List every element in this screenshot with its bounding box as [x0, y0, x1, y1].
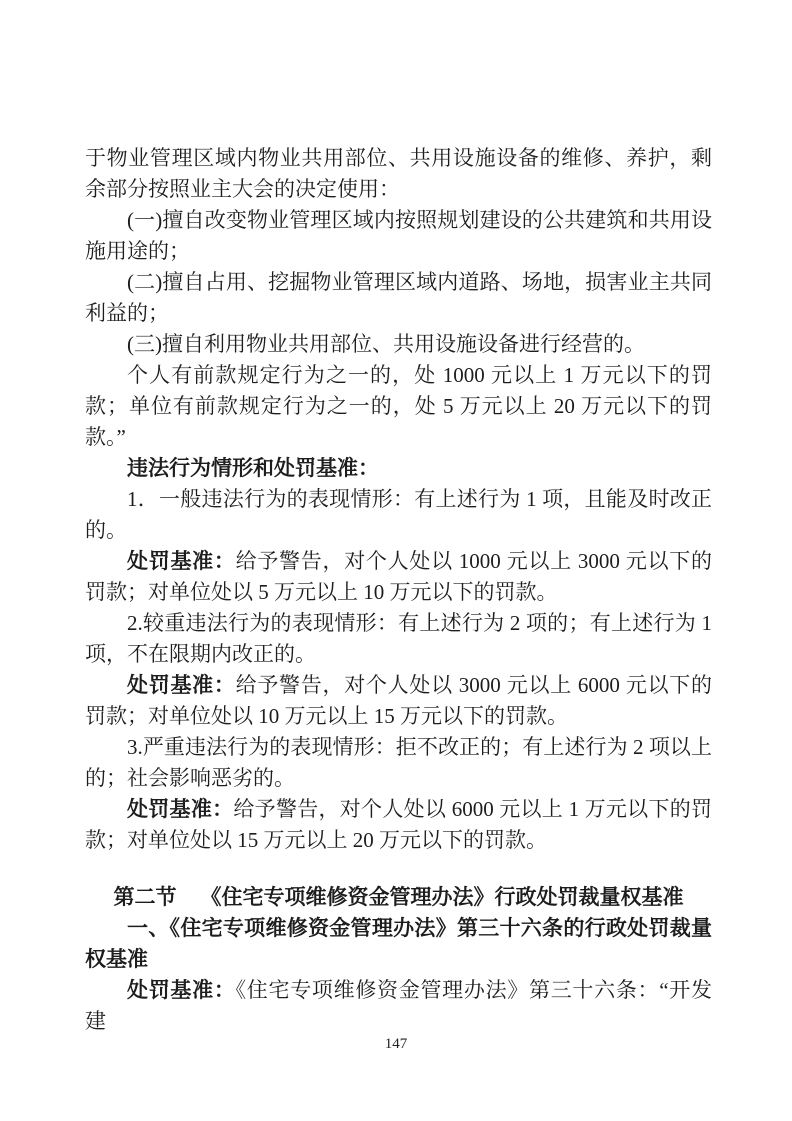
penalty-basis-label: 处罚基准： [127, 549, 236, 573]
list-item-2: (二)擅自占用、挖掘物业管理区域内道路、场地，损害业主共同利益的； [85, 267, 712, 329]
violation-level-2-paragraph: 2.较重违法行为的表现情形：有上述行为 2 项的；有上述行为 1 项，不在限期内… [85, 608, 712, 670]
document-content: 于物业管理区域内物业共用部位、共用设施设备的维修、养护，剩余部分按照业主大会的决… [85, 143, 712, 1037]
section-2-heading: 第二节《住宅专项维修资金管理办法》行政处罚裁量权基准 [85, 882, 712, 913]
list-item-3: (三)擅自利用物业共用部位、共用设施设备进行经营的。 [85, 329, 712, 360]
violation-level-1-paragraph: 1．一般违法行为的表现情形：有上述行为 1 项，且能及时改正的。 [85, 484, 712, 546]
body-paragraph-continuation: 于物业管理区域内物业共用部位、共用设施设备的维修、养护，剩余部分按照业主大会的决… [85, 143, 712, 205]
section-2-basis-paragraph: 处罚基准：《住宅专项维修资金管理办法》第三十六条：“开发建 [85, 975, 712, 1037]
page-number: 147 [0, 1036, 792, 1053]
penalty-basis-3-paragraph: 处罚基准：给予警告，对个人处以 6000 元以上 1 万元以下的罚款；对单位处以… [85, 794, 712, 856]
violation-standards-heading: 违法行为情形和处罚基准： [85, 453, 712, 484]
penalty-basis-label: 处罚基准： [127, 673, 236, 697]
penalty-amounts-paragraph: 个人有前款规定行为之一的，处 1000 元以上 1 万元以下的罚款；单位有前款规… [85, 360, 712, 453]
penalty-basis-1-paragraph: 处罚基准：给予警告，对个人处以 1000 元以上 3000 元以下的罚款；对单位… [85, 546, 712, 608]
penalty-basis-label: 处罚基准： [127, 797, 233, 821]
section-title: 《住宅专项维修资金管理办法》行政处罚裁量权基准 [201, 885, 684, 909]
penalty-basis-label: 处罚基准： [127, 978, 236, 1002]
section-number: 第二节 [114, 885, 177, 909]
violation-level-3-paragraph: 3.严重违法行为的表现情形：拒不改正的；有上述行为 2 项以上的；社会影响恶劣的… [85, 732, 712, 794]
penalty-basis-2-paragraph: 处罚基准：给予警告，对个人处以 3000 元以上 6000 元以下的罚款；对单位… [85, 670, 712, 732]
list-item-1: (一)擅自改变物业管理区域内按照规划建设的公共建筑和共用设施用途的； [85, 205, 712, 267]
section-2-subheading: 一、《住宅专项维修资金管理办法》第三十六条的行政处罚裁量权基准 [85, 913, 712, 975]
document-page: 于物业管理区域内物业共用部位、共用设施设备的维修、养护，剩余部分按照业主大会的决… [0, 0, 792, 1121]
